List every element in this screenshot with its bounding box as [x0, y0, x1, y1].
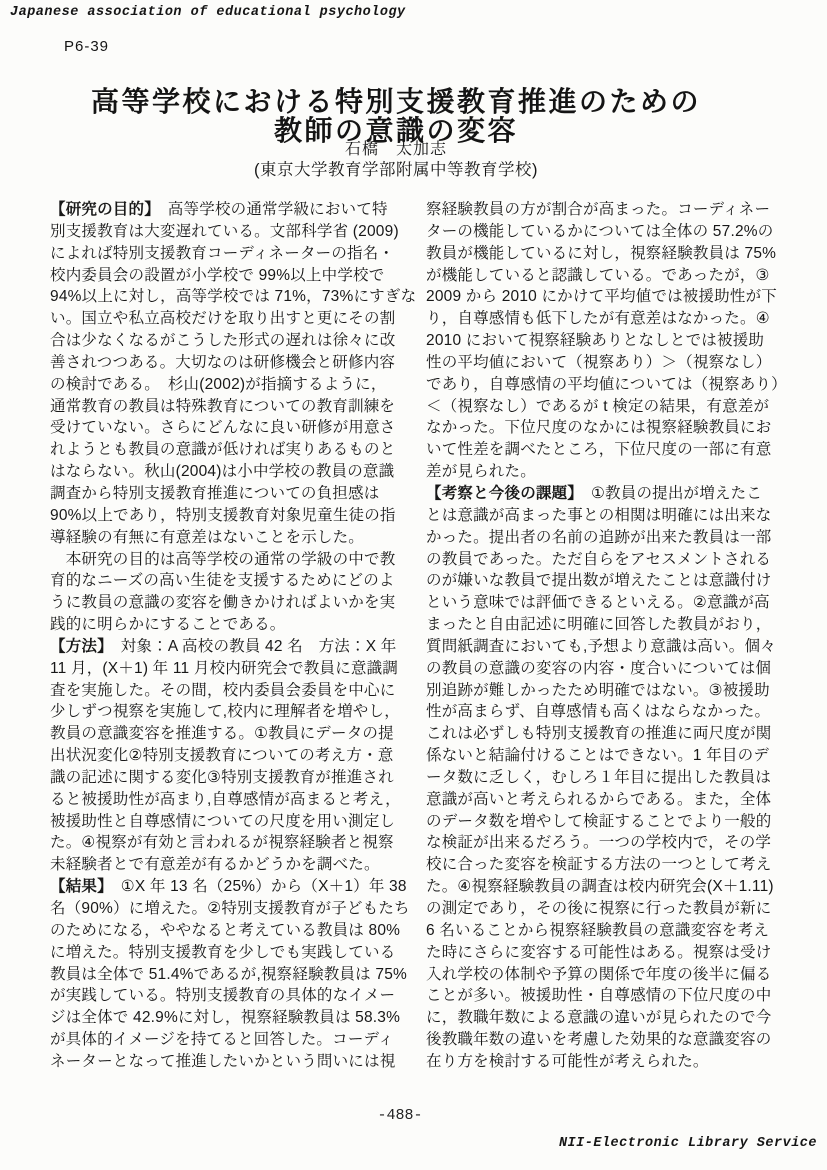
text-line: ると被援助性が高まり,自尊感情が高まると考え，: [50, 789, 404, 811]
text-line: とは意識が高まった事との相関は明確には出来な: [426, 505, 806, 527]
text-line: の測定であり，その後に視察に行った教員が新に: [426, 898, 806, 920]
text-line: ネーターとなって推進したいかという問いには視: [50, 1051, 404, 1073]
text-line: 通常教育の教員は特殊教育についての教育訓練を: [50, 396, 404, 418]
text-line: 6 名いることから視察経験教員の意識変容を考え: [426, 920, 806, 942]
library-header: Japanese association of educational psyc…: [10, 5, 406, 20]
text-line: た時にさらに変容する可能性はある。視察は受け: [426, 942, 806, 964]
text-line: 【結果】 ①X 年 13 名（25%）から（X＋1）年 38: [50, 876, 404, 898]
text-line: という意味では評価できるといえる。②意識が高: [426, 592, 806, 614]
text-line: 少しずつ視察を実施して,校内に理解者を増やし，: [50, 701, 404, 723]
text-line: ことが多い。被援助性・自尊感情の下位尺度の中: [426, 985, 806, 1007]
text-line: 教員が機能しているに対し，視察経験教員は 75%: [426, 243, 806, 265]
footer-service-label: NII-Electronic Library Service: [559, 1136, 817, 1151]
text-line: 【研究の目的】 高等学校の通常学級において特: [50, 199, 404, 221]
text-line: うに教員の意識の変容を働きかければよいかを実: [50, 592, 404, 614]
text-line: 在り方を検討する可能性が考えられた。: [426, 1051, 806, 1073]
text-line: 名（90%）に増えた。②特別支援教育が子どもたち: [50, 898, 404, 920]
text-line: 性の平均値において（視察あり）＞（視察なし）: [426, 352, 806, 374]
text-line: の教員であった。ただ自らをアセスメントされる: [426, 549, 806, 571]
text-line: 校に合った変容を検証する方法の一つとして考え: [426, 854, 806, 876]
text-line: ＜（視察なし）であるが t 検定の結果，有意差が: [426, 396, 806, 418]
text-line: 質問紙調査においても,予想より意識は高い。個々: [426, 636, 806, 658]
text-line: によれば特別支援教育コーディネーターの指名・: [50, 243, 404, 265]
text-line: ターの機能しているかについては全体の 57.2%の: [426, 221, 806, 243]
text-line: 2010 において視察経験ありとなしとでは被援助: [426, 330, 806, 352]
right-column: 察経験教員の方が割合が高まった。コーディネーターの機能しているかについては全体の…: [426, 199, 806, 1073]
text-line: なかった。下位尺度のなかには視察経験教員にお: [426, 417, 806, 439]
text-line: 未経験者とで有意差が有るかどうかを調べた。: [50, 854, 404, 876]
text-line: 別追跡が難しかったため明確ではない。③被援助: [426, 680, 806, 702]
text-line: た。④視察が有効と言われるが視察経験者と視察: [50, 832, 404, 854]
text-line: 性が高まらず、自尊感情も高くはならなかった。: [426, 701, 806, 723]
text-line: の教員の意識の変容の内容・度合いについては個: [426, 658, 806, 680]
text-line: 教員は全体で 51.4%であるが,視察経験教員は 75%: [50, 964, 404, 986]
text-line: のためになる，ややなると考えている教員は 80%: [50, 920, 404, 942]
text-line: 後教職年数の違いを考慮した効果的な意識変容の: [426, 1029, 806, 1051]
text-line: 出状況変化②特別支援教育についての考え方・意: [50, 745, 404, 767]
text-line: 識の記述に関する変化③特別支援教育が推進され: [50, 767, 404, 789]
text-line: が実践している。特別支援教育の具体的なイメー: [50, 985, 404, 1007]
text-line: 査を実施した。その間，校内委員会委員を中心に: [50, 680, 404, 702]
text-line: 意識が高いと考えられるからである。また，全体: [426, 789, 806, 811]
text-line: り，自尊感情も低下したが有意差はなかった。④: [426, 308, 806, 330]
text-line: に，教職年数による意識の違いが見られたので今: [426, 1007, 806, 1029]
text-line: 校内委員会の設置が小学校で 99%以上中学校で: [50, 265, 404, 287]
text-line: 【考察と今後の課題】 ①教員の提出が増えたこ: [426, 483, 806, 505]
text-line: 【方法】 対象：A 高校の教員 42 名 方法：X 年: [50, 636, 404, 658]
left-column: 【研究の目的】 高等学校の通常学級において特別支援教育は大変遅れている。文部科学…: [50, 199, 404, 1073]
text-line: 践的に明らかにすることである。: [50, 614, 404, 636]
text-line: 係ないと結論付けることはできない。1 年目のデ: [426, 745, 806, 767]
text-line: であり，自尊感情の平均値については（視察あり）: [426, 374, 806, 396]
text-line: 被援助性と自尊感情についての尺度を用い測定し: [50, 811, 404, 833]
paper-page: Japanese association of educational psyc…: [0, 0, 827, 1170]
text-line: 教員の意識変容を推進する。①教員にデータの提: [50, 723, 404, 745]
text-line: に増えた。特別支援教育を少しでも実践している: [50, 942, 404, 964]
author-affiliation: (東京大学教育学部附属中等教育学校): [0, 156, 792, 180]
text-line: 育的なニーズの高い生徒を支援するためにどのよ: [50, 570, 404, 592]
text-line: 別支援教育は大変遅れている。文部科学省 (2009): [50, 221, 404, 243]
text-line: た。④視察経験教員の調査は校内研究会(X＋1.11): [426, 876, 806, 898]
text-line: かった。提出者の名前の追跡が出来た教員は一部: [426, 527, 806, 549]
text-line: いて性差を調べたところ，下位尺度の一部に有意: [426, 439, 806, 461]
text-line: 察経験教員の方が割合が高まった。コーディネー: [426, 199, 806, 221]
text-line: のデータ数を増やして検証することでより一般的: [426, 811, 806, 833]
text-line: 90%以上であり，特別支援教育対象児童生徒の指: [50, 505, 404, 527]
text-line: れようとも教員の意識が低ければ実りあるものと: [50, 439, 404, 461]
text-line: のが嫌いな教員で提出数が増えたことは意識付け: [426, 570, 806, 592]
text-line: これは必ずしも特別支援教育の推進に両尺度が関: [426, 723, 806, 745]
text-line: はならない。秋山(2004)は小中学校の教員の意識: [50, 461, 404, 483]
paper-id: P6-39: [64, 38, 109, 55]
text-line: が具体的イメージを持てると回答した。コーディ: [50, 1029, 404, 1051]
page-number: -488-: [0, 1107, 800, 1124]
text-line: 受けていない。さらにどんなに良い研修が用意さ: [50, 417, 404, 439]
text-line: 2009 から 2010 にかけて平均値では被援助性が下: [426, 286, 806, 308]
text-line: 合は少なくなるがこうした形式の遅れは徐々に改: [50, 330, 404, 352]
text-line: ータ数に乏しく，むしろ１年目に提出した教員は: [426, 767, 806, 789]
text-line: 導経験の有無に有意差はないことを示した。: [50, 527, 404, 549]
body-columns: 【研究の目的】 高等学校の通常学級において特別支援教育は大変遅れている。文部科学…: [50, 199, 806, 1073]
text-line: 善されつつある。大切なのは研修機会と研修内容: [50, 352, 404, 374]
text-line: 差が見られた。: [426, 461, 806, 483]
text-line: 入れ学校の体制や予算の関係で年度の後半に偏る: [426, 964, 806, 986]
text-line: の検討である。 杉山(2002)が指摘するように，: [50, 374, 404, 396]
text-line: 調査から特別支援教育推進についての負担感は: [50, 483, 404, 505]
text-line: 11 月，(X＋1) 年 11 月校内研究会で教員に意識調: [50, 658, 404, 680]
text-line: 本研究の目的は高等学校の通常の学級の中で教: [50, 549, 404, 571]
text-line: まったと自由記述に明確に回答した教員がおり，: [426, 614, 806, 636]
text-line: い。国立や私立高校だけを取り出すと更にその割: [50, 308, 404, 330]
text-line: 94%以上に対し，高等学校では 71%，73%にすぎな: [50, 286, 404, 308]
text-line: ジは全体で 42.9%に対し，視察経験教員は 58.3%: [50, 1007, 404, 1029]
text-line: な検証が出来るだろう。一つの学校内で，その学: [426, 832, 806, 854]
text-line: が機能していると認識している。であったが，③: [426, 265, 806, 287]
